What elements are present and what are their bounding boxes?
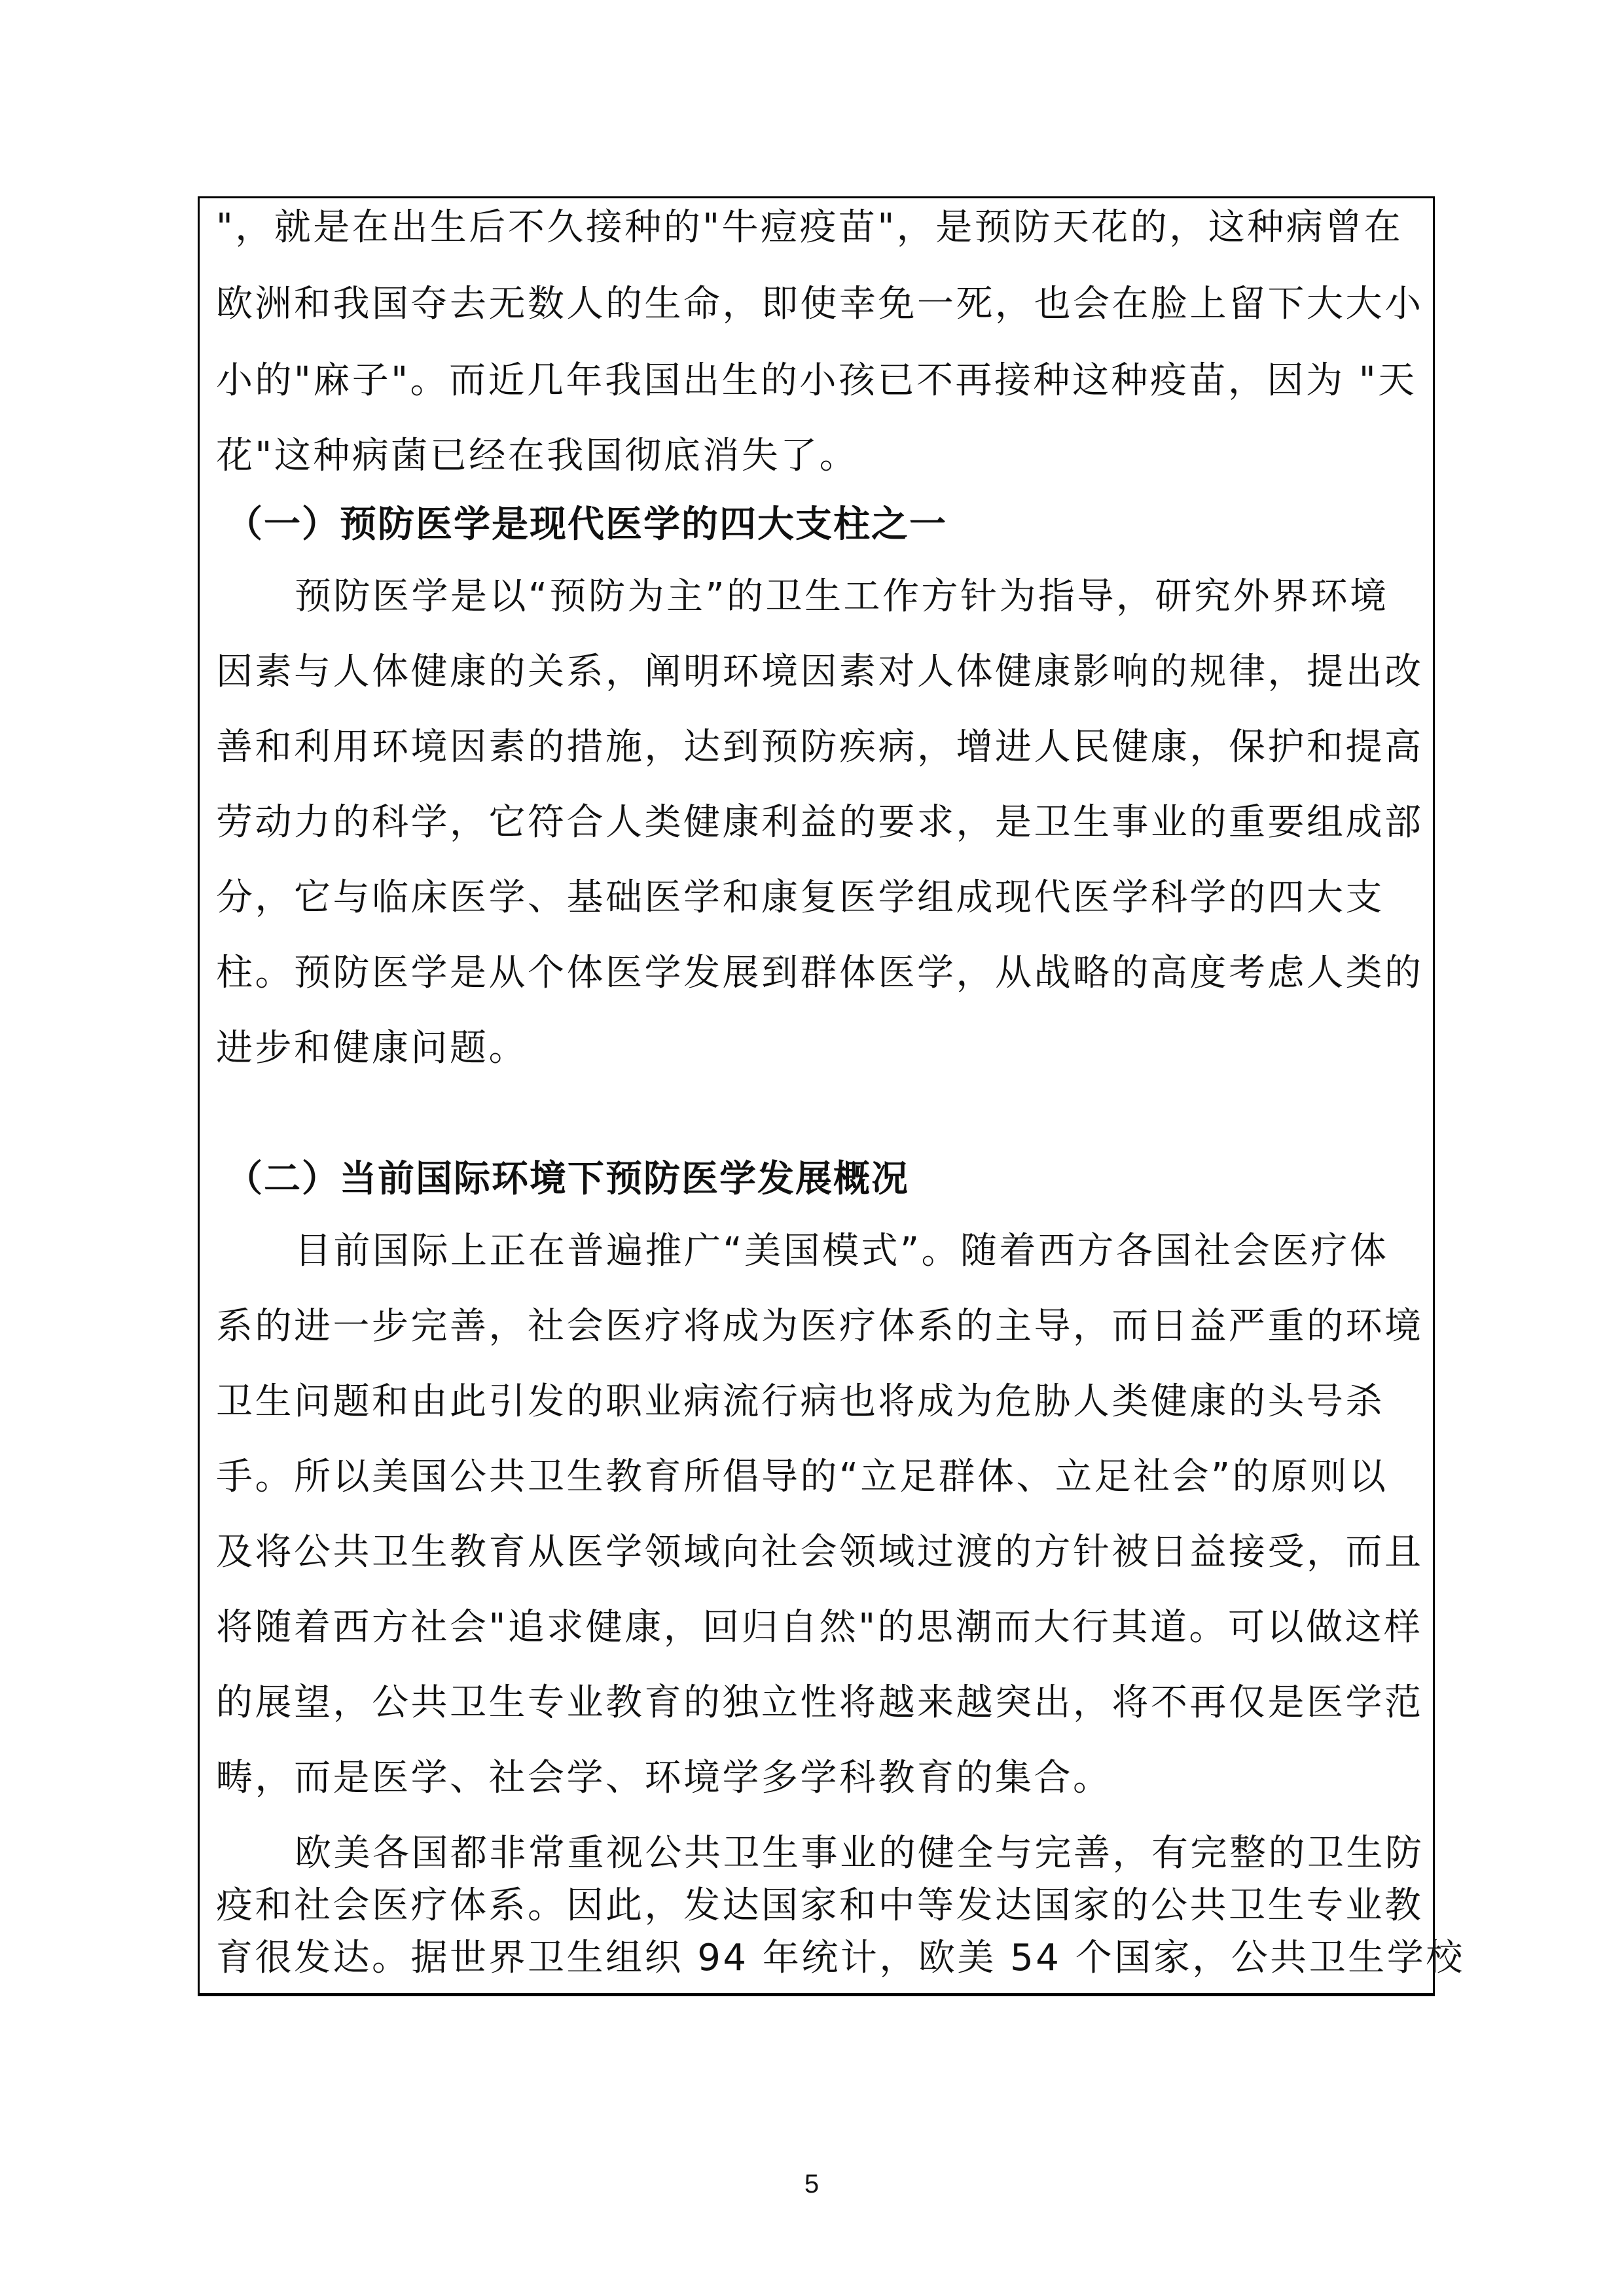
page-number: 5 — [804, 2170, 819, 2199]
paragraph-line: 系的进一步完善，社会医疗将成为医疗体系的主导，而日益严重的环境 — [216, 1306, 1424, 1348]
paragraph-line: 育很发达。据世界卫生组织 94 年统计，欧美 54 个国家，公共卫生学校 — [216, 1937, 1465, 1979]
paragraph-line: 欧洲和我国夺去无数人的生命，即使幸免一死，也会在脸上留下大大小 — [216, 283, 1424, 325]
paragraph-line: 分，它与临床医学、基础医学和康复医学组成现代医学科学的四大支 — [216, 877, 1384, 919]
paragraph-line: 将随着西方社会"追求健康，回归自然"的思潮而大行其道。可以做这样 — [216, 1607, 1423, 1649]
section-heading-1: （一）预防医学是现代医学的四大支柱之一 — [226, 504, 947, 546]
paragraph-line: 因素与人体健康的关系，阐明环境因素对人体健康影响的规律，提出改 — [216, 651, 1424, 693]
paragraph-line: 预防医学是以“预防为主”的卫生工作方针为指导，研究外界环境 — [295, 576, 1389, 618]
paragraph-line: 柱。预防医学是从个体医学发展到群体医学，从战略的高度考虑人类的 — [216, 952, 1424, 994]
paragraph-line: 花"这种病菌已经在我国彻底消失了。 — [216, 435, 858, 477]
paragraph-line: 的展望，公共卫生专业教育的独立性将越来越突出，将不再仅是医学范 — [216, 1682, 1424, 1724]
paragraph-line: 手。所以美国公共卫生教育所倡导的“立足群体、立足社会”的原则以 — [216, 1456, 1388, 1498]
paragraph-line: 进步和健康问题。 — [216, 1028, 528, 1069]
paragraph-line: 疫和社会医疗体系。因此，发达国家和中等发达国家的公共卫生专业教 — [216, 1885, 1424, 1927]
paragraph-line: 小的"麻子"。而近几年我国出生的小孩已不再接种这种疫苗，因为 "天 — [216, 360, 1417, 402]
paragraph-line: 劳动力的科学，它符合人类健康利益的要求，是卫生事业的重要组成部 — [216, 802, 1424, 844]
paragraph-line: 目前国际上正在普遍推广“美国模式”。随着西方各国社会医疗体 — [295, 1230, 1389, 1272]
section-heading-2: （二）当前国际环境下预防医学发展概况 — [226, 1158, 909, 1200]
paragraph-line: 欧美各国都非常重视公共卫生事业的健全与完善，有完整的卫生防 — [295, 1833, 1424, 1874]
paragraph-line: "，就是在出生后不久接种的"牛痘疫苗"，是预防天花的，这种病曾在 — [216, 207, 1403, 249]
paragraph-line: 及将公共卫生教育从医学领域向社会领域过渡的方针被日益接受，而且 — [216, 1532, 1424, 1573]
paragraph-line: 善和利用环境因素的措施，达到预防疾病，增进人民健康，保护和提高 — [216, 726, 1424, 768]
paragraph-line: 畴，而是医学、社会学、环境学多学科教育的集合。 — [216, 1757, 1112, 1799]
paragraph-line: 卫生问题和由此引发的职业病流行病也将成为危胁人类健康的头号杀 — [216, 1381, 1384, 1423]
